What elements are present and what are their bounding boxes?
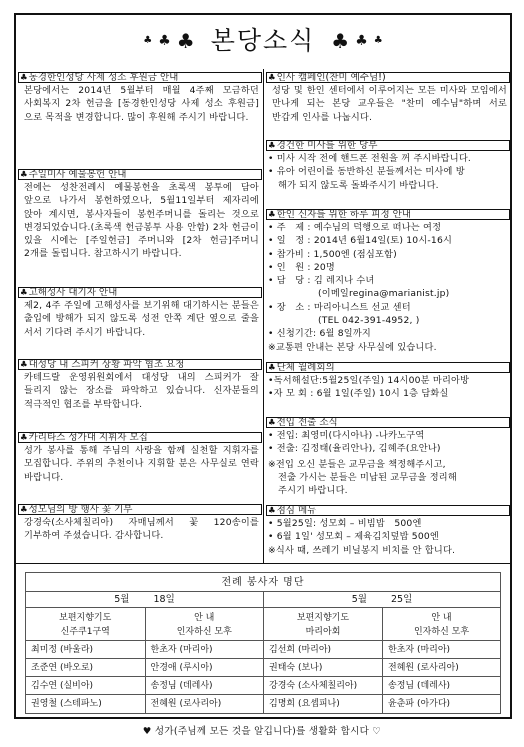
table-cell: 안경애 (루시아) [145,659,264,676]
column-header-group: 인자하신 모후 [146,625,264,639]
table-cell: 전혜원 (로사리아) [382,659,500,676]
section-body: 전에는 성찬전례시 예물봉헌을 초록색 봉투에 담아 앞으로 나가서 봉헌하였으… [18,180,262,261]
email-text: (이메일regina@marianist.jp) [268,287,507,300]
section-body: 제2, 4주 주일에 고해성사를 보기위해 대기하시는 분들은 출입에 방해가 … [18,298,262,339]
column-header: 보편지향기도 마리아회 [264,608,382,640]
club-icon: ♣ [374,36,383,46]
club-icon: ♣ [20,170,28,180]
day: 18일 [153,594,174,605]
table-cell: 김선희 (마리아) [264,641,382,658]
column-header-group: 마리아회 [264,625,382,639]
list-item: • 주 제 : 예수님의 덕행으로 떠나는 여정 [268,221,507,234]
list-item: • 참가비 : 1,500엔 (점심포함) [268,248,507,261]
note-text: 전출 가시는 분들은 미납된 교무금을 정리해 [268,471,507,484]
section-speaker: ♣대성당 내 스피커 상황 파악 협조 요청 카테드랄 운영위원회에서 대성당 … [18,359,262,411]
column-header-group: 신주쿠1구역 [26,625,145,639]
day: 25일 [391,594,412,605]
list-item: • 유아 어린이를 동반하신 분들께서는 미사에 방 [268,165,507,178]
heading-text: 대성당 내 스피커 상황 파악 협조 요청 [29,359,185,370]
heading-text: 단체 월례회의 [277,362,335,373]
column-header: 안 내 인자하신 모후 [382,608,500,640]
roster-day-1: 5월18일 보편지향기도 신주쿠1구역 안 내 인자하신 모후 최미정 (바울라… [26,592,263,713]
table-row: 김명희 (요셉피나) 윤춘파 (아가다) [264,695,500,713]
section-heading: ♣동경한인성당 사제 성소 후원금 안내 [18,72,262,83]
section-heading: ♣주일미사 예물봉헌 안내 [18,169,262,180]
section-heading: ♣고해성사 대기자 안내 [18,287,262,298]
note-text: 주시기 바랍니다. [268,484,507,497]
section-heading: ♣인사 캠페인(찬미 예수님!) [266,72,510,83]
left-column: ♣동경한인성당 사제 성소 후원금 안내 본당에서는 2014년 5월부터 매월… [18,69,262,563]
list-item: • 전입: 최영미(다시아나) -나카노구역 [268,429,507,442]
heading-text: 동경한인성당 사제 성소 후원금 안내 [29,72,179,83]
heading-text: 인사 캠페인(찬미 예수님!) [277,72,386,83]
section-heading: ♣전입 전출 소식 [266,417,510,428]
header-row: 보편지향기도 신주쿠1구역 안 내 인자하신 모후 [26,608,263,641]
club-icon: ♣ [20,73,28,83]
table-row: 조준연 (바오로) 안경애 (루시아) [26,659,263,677]
table-cell: 조준연 (바오로) [26,659,145,676]
section-body: 성당 및 한인 센터에서 이루어지는 모든 미사와 모임에서 만나게 되는 본당… [266,83,510,124]
list-item: • 미사 시작 전에 핸드폰 전원을 꺼 주시바랍니다. [268,152,507,165]
table-cell: 송정님 (데레사) [382,677,500,694]
list-item: • 5월25일: 성모회 – 비빔밥 500엔 [268,517,507,530]
roster-rows: 최미정 (바울라) 한초자 (마리아) 조준연 (바오로) 안경애 (루시아) … [26,641,263,713]
phone-text: (TEL 042-391-4952, ) [268,314,507,327]
table-row: 김선희 (마리아) 한초자 (마리아) [264,641,500,659]
club-icon: ♣ [268,141,276,151]
club-icon: ♣ [143,36,152,46]
section-vocation-fund: ♣동경한인성당 사제 성소 후원금 안내 본당에서는 2014년 5월부터 매월… [18,72,262,124]
club-icon: ♣ [177,31,195,51]
section-body: 카테드랄 운영위원회에서 대성당 내의 스피커가 잘 들리지 않는 장소를 파악… [18,370,262,411]
table-cell: 최미정 (바울라) [26,641,145,658]
club-icon: ♣ [268,210,276,220]
section-heading: ♣대성당 내 스피커 상황 파악 협조 요청 [18,359,262,370]
section-groups: ♣단체 월례회의 •독서해설단:5월25일(주일) 14시00분 마리아방 •자… [266,362,510,401]
roster-day-2: 5월25일 보편지향기도 마리아회 안 내 인자하신 모후 김선희 (마리아) [263,592,500,713]
section-retreat: ♣한인 신자를 위한 하루 피정 안내 • 주 제 : 예수님의 덕행으로 떠나… [266,209,510,354]
club-icon: ♣ [268,506,276,516]
table-row: 김수연 (실비아) 송정님 (데레사) [26,677,263,695]
column-header: 안 내 인자하신 모후 [145,608,264,640]
heading-text: 성모님의 방 행사 꽃 기부 [29,504,133,515]
news-columns: ♣동경한인성당 사제 성소 후원금 안내 본당에서는 2014년 5월부터 매월… [16,69,510,564]
club-icon: ♣ [268,363,276,373]
table-row: 최미정 (바울라) 한초자 (마리아) [26,641,263,659]
roster-title: 전례 봉사자 명단 [26,573,500,592]
column-header-group: 인자하신 모후 [383,625,500,639]
club-icon: ♣ [20,360,28,370]
list-item: • 담 당 : 김 레지나 수녀 [268,274,507,287]
list-item: • 일 정 : 2014년 6월14일(토) 10시-16시 [268,234,507,247]
table-cell: 김명희 (요셉피나) [264,695,382,713]
right-column: ♣인사 캠페인(찬미 예수님!) 성당 및 한인 센터에서 이루어지는 모든 미… [266,69,510,563]
list-item: • 6월 1일' 성모회 – 제육김치덮밥 500엔 [268,530,507,543]
section-body: 강경숙(소사체칠리아) 자매님께서 꽃 120송이를 기부하여 주셨습니다. 감… [18,515,262,543]
roster-rows: 김선희 (마리아) 한초자 (마리아) 권태숙 (보나) 전혜원 (로사리아) … [264,641,500,713]
section-body: •독서해설단:5월25일(주일) 14시00분 마리아방 •자 모 회 : 6월… [266,373,510,401]
liturgy-roster-table: 전례 봉사자 명단 5월18일 보편지향기도 신주쿠1구역 안 내 인자하신 모… [25,572,501,714]
footer-motto: ♥ 성가(주님께 모든 것을 알깁니다)를 생활화 합시다 ♡ [0,723,524,737]
section-heading: ♣한인 신자를 위한 하루 피정 안내 [266,209,510,220]
section-body: • 5월25일: 성모회 – 비빔밥 500엔 • 6월 1일' 성모회 – 제… [266,516,510,557]
section-mass: ♣경건한 미사를 위한 당부 • 미사 시작 전에 핸드폰 전원을 꺼 주시바랍… [266,140,510,192]
title-row: ♣ ♣ ♣ 본당소식 ♣ ♣ ♣ [16,15,510,67]
club-icon: ♣ [268,418,276,428]
section-body: • 주 제 : 예수님의 덕행으로 떠나는 여정 • 일 정 : 2014년 6… [266,220,510,354]
list-item: • 신청기간: 6월 8일까지 [268,327,507,340]
section-choir: ♣카리타스 성가대 지휘자 모집 성가 봉사를 통해 주님의 사랑을 함께 실천… [18,432,262,484]
table-row: 권영철 (스테파노) 전혜원 (로사리아) [26,695,263,713]
section-heading: ♣단체 월례회의 [266,362,510,373]
section-body: 성가 봉사를 통해 주님의 사랑을 함께 실천할 지휘자를 모집합니다. 주위의… [18,443,262,484]
heading-text: 점심 메뉴 [277,505,317,516]
club-icon: ♣ [20,288,28,298]
list-item: •자 모 회 : 6월 1일(주일) 10시 1층 담화실 [268,387,507,400]
heading-text: 전입 전출 소식 [277,417,338,428]
month: 5월 [114,594,129,605]
heading-text: 경건한 미사를 위한 당부 [277,140,378,151]
section-body: • 전입: 최영미(다시아나) -나카노구역 • 전출: 김정태(율리안나), … [266,428,510,497]
column-divider [263,69,264,563]
section-confession: ♣고해성사 대기자 안내 제2, 4주 주일에 고해성사를 보기위해 대기하시는… [18,287,262,339]
column-header: 보편지향기도 신주쿠1구역 [26,608,145,640]
note-text: ※교통편 안내는 본당 사무실에 있습니다. [268,341,507,354]
column-header-role: 보편지향기도 [264,611,382,625]
table-row: 강경숙 (소사체칠리아) 송정님 (데레사) [264,677,500,695]
section-offering: ♣주일미사 예물봉헌 안내 전에는 성찬전례시 예물봉헌을 초록색 봉투에 담아… [18,169,262,261]
heading-text: 고해성사 대기자 안내 [29,287,118,298]
table-cell: 전혜원 (로사리아) [145,695,264,713]
column-header-role: 보편지향기도 [26,611,145,625]
section-body: 본당에서는 2014년 5월부터 매월 4주째 모금하던 사회복지 2차 헌금을… [18,83,262,124]
table-cell: 권태숙 (보나) [264,659,382,676]
section-transfer: ♣전입 전출 소식 • 전입: 최영미(다시아나) -나카노구역 • 전출: 김… [266,417,510,497]
club-icon: ♣ [20,505,28,515]
heading-text: 카리타스 성가대 지휘자 모집 [29,432,148,443]
header-row: 보편지향기도 마리아회 안 내 인자하신 모후 [264,608,500,641]
table-cell: 한초자 (마리아) [382,641,500,658]
list-item: •독서해설단:5월25일(주일) 14시00분 마리아방 [268,374,507,387]
section-greeting: ♣인사 캠페인(찬미 예수님!) 성당 및 한인 센터에서 이루어지는 모든 미… [266,72,510,124]
table-cell: 권영철 (스테파노) [26,695,145,713]
list-item: 해가 되지 않도록 돌봐주시기 바랍니다. [268,179,507,192]
club-icon: ♣ [20,433,28,443]
date-row: 5월18일 [26,592,263,608]
column-header-role: 안 내 [383,611,500,625]
table-cell: 송정님 (데레사) [145,677,264,694]
note-text: ※전입 오신 분들은 교무금을 책정해주시고, [268,458,507,471]
section-lunch: ♣점심 메뉴 • 5월25일: 성모회 – 비빔밥 500엔 • 6월 1일' … [266,505,510,557]
list-item: • 전출: 김정태(율리안나), 김혜주(요안나) [268,442,507,455]
section-heading: ♣성모님의 방 행사 꽃 기부 [18,504,262,515]
column-header-role: 안 내 [146,611,264,625]
date-row: 5월25일 [264,592,500,608]
note-text: ※식사 때, 쓰레기 비닐봉지 비치를 안 합니다. [268,544,507,557]
club-icon: ♣ [268,73,276,83]
table-cell: 김수연 (실비아) [26,677,145,694]
section-heading: ♣점심 메뉴 [266,505,510,516]
table-cell: 한초자 (마리아) [145,641,264,658]
section-flowers: ♣성모님의 방 행사 꽃 기부 강경숙(소사체칠리아) 자매님께서 꽃 120송… [18,504,262,543]
club-icon: ♣ [355,34,368,48]
list-item: • 장 소 : 마리아니스트 선교 센터 [268,301,507,314]
heading-text: 한인 신자를 위한 하루 피정 안내 [277,209,411,220]
club-icon: ♣ [331,31,349,51]
page-title: 본당소식 [211,21,316,57]
club-icon: ♣ [158,34,171,48]
table-cell: 윤춘파 (아가다) [382,695,500,713]
list-item: • 인 원 : 20명 [268,261,507,274]
heading-text: 주일미사 예물봉헌 안내 [29,169,127,180]
table-cell: 강경숙 (소사체칠리아) [264,677,382,694]
bulletin-frame: ♣ ♣ ♣ 본당소식 ♣ ♣ ♣ ♣동경한인성당 사제 성소 후원금 안내 본당… [14,13,512,719]
section-body: • 미사 시작 전에 핸드폰 전원을 꺼 주시바랍니다. • 유아 어린이를 동… [266,151,510,192]
table-row: 권태숙 (보나) 전혜원 (로사리아) [264,659,500,677]
month: 5월 [352,594,367,605]
section-heading: ♣경건한 미사를 위한 당부 [266,140,510,151]
roster-grid: 5월18일 보편지향기도 신주쿠1구역 안 내 인자하신 모후 최미정 (바울라… [26,592,500,713]
section-heading: ♣카리타스 성가대 지휘자 모집 [18,432,262,443]
